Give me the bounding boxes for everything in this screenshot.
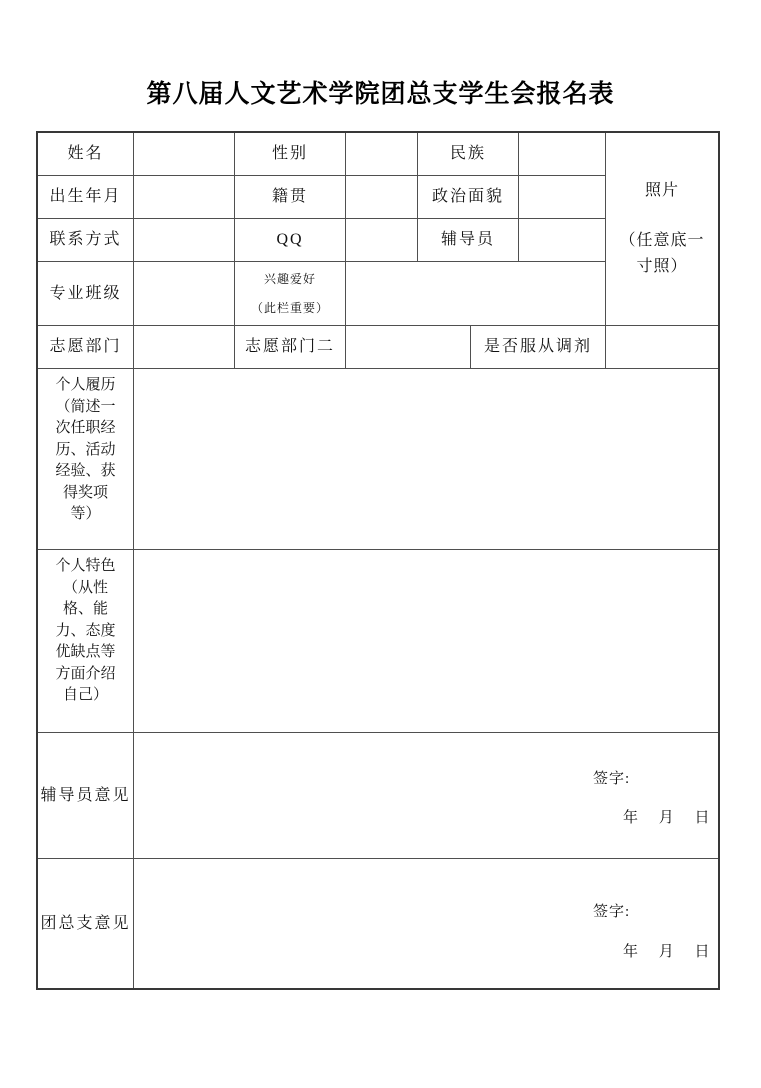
counselor-opinion-field[interactable]: 签字: 年 月 日 <box>134 733 718 858</box>
counselor-date-label: 年 月 日 <box>623 809 710 828</box>
hobby-field[interactable] <box>346 262 605 325</box>
dept-second-label: 志愿部门二 <box>235 326 345 368</box>
hobby-label-text: 兴趣爱好 <box>264 272 316 287</box>
dept-first-field[interactable] <box>134 326 234 368</box>
hobby-note-text: （此栏重要） <box>251 301 329 316</box>
resume-field[interactable] <box>134 369 718 549</box>
traits-label: 个人特色 （从性 格、能 力、态度 优缺点等 方面介绍 自己） <box>38 550 133 732</box>
contact-field[interactable] <box>134 219 234 261</box>
counselor-field[interactable] <box>519 219 605 261</box>
hobby-label: 兴趣爱好 （此栏重要） <box>235 262 345 325</box>
political-status-field[interactable] <box>519 176 605 218</box>
resume-label: 个人履历 （简述一 次任职经 历、活动 经验、获 得奖项 等） <box>38 369 133 549</box>
league-date-label: 年 月 日 <box>623 943 710 962</box>
birth-date-field[interactable] <box>134 176 234 218</box>
registration-table: 姓名 性别 民族 照片 （任意底一 寸照） 出生年月 籍贯 政治面貌 联系方式 … <box>36 131 720 990</box>
major-class-field[interactable] <box>134 262 234 325</box>
league-sign-label: 签字: <box>593 903 630 922</box>
major-class-label: 专业班级 <box>38 262 133 325</box>
league-opinion-label: 团总支意见 <box>38 859 133 988</box>
qq-label: QQ <box>235 219 345 261</box>
gender-field[interactable] <box>346 133 417 175</box>
photo-cell[interactable]: 照片 （任意底一 寸照） <box>606 133 718 325</box>
birth-date-label: 出生年月 <box>38 176 133 218</box>
ethnicity-label: 民族 <box>418 133 518 175</box>
photo-label: 照片 <box>645 178 679 204</box>
obey-adjustment-field[interactable] <box>606 326 718 368</box>
document-page: 第八届人文艺术学院团总支学生会报名表 姓名 性别 民族 照片 （任意底一 寸照）… <box>0 0 761 1088</box>
traits-field[interactable] <box>134 550 718 732</box>
qq-field[interactable] <box>346 219 417 261</box>
counselor-opinion-label: 辅导员意见 <box>38 733 133 858</box>
native-place-label: 籍贯 <box>235 176 345 218</box>
counselor-label: 辅导员 <box>418 219 518 261</box>
gender-label: 性别 <box>235 133 345 175</box>
dept-second-field[interactable] <box>346 326 470 368</box>
native-place-field[interactable] <box>346 176 417 218</box>
ethnicity-field[interactable] <box>519 133 605 175</box>
photo-note: （任意底一 寸照） <box>619 228 704 280</box>
political-status-label: 政治面貌 <box>418 176 518 218</box>
obey-adjustment-label: 是否服从调剂 <box>471 326 605 368</box>
league-opinion-field[interactable]: 签字: 年 月 日 <box>134 859 718 988</box>
name-label: 姓名 <box>38 133 133 175</box>
contact-label: 联系方式 <box>38 219 133 261</box>
name-field[interactable] <box>134 133 234 175</box>
counselor-sign-label: 签字: <box>593 770 630 789</box>
dept-first-label: 志愿部门 <box>38 326 133 368</box>
form-title: 第八届人文艺术学院团总支学生会报名表 <box>0 74 761 110</box>
